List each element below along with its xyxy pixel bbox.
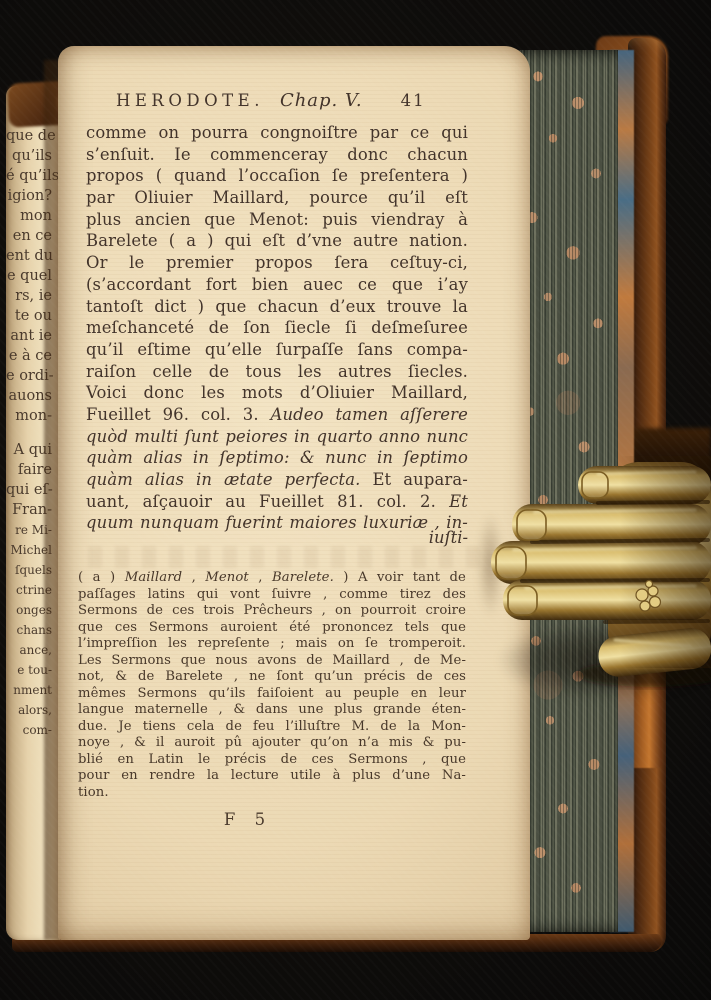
main-text-line: qu’il eſtime qu’elle ſurpaſſe ſans compa… <box>86 339 468 361</box>
footnote-line: not, & de Barelete , ne ſont qu’un préci… <box>78 669 466 686</box>
signature-mark: F 5 <box>188 810 308 829</box>
main-text-block: comme on pourra congnoiſtre par ce quis’… <box>86 122 468 534</box>
main-text-line: Barelete ( a ) qui eſt d’vne autre natio… <box>86 230 468 252</box>
footnote-line: mêmes Sermons qu’ils faiſoient au peuple… <box>78 686 466 703</box>
footnote-block: ( a ) Maillard , Menot , Barelete. ) A v… <box>78 570 466 801</box>
main-text-line: Or le premier propos ſera ceſtuy-ci, <box>86 252 468 274</box>
footnote-line: tion. <box>78 785 466 802</box>
main-text-line: quàm alias in ſeptimo: & nunc in ſeptimo <box>86 447 468 469</box>
footnote-line: due. Je tiens cela de feu l’illuſtre M. … <box>78 719 466 736</box>
main-text-line: meſchanceté de ſon ſiecle ſi deſmeſuree <box>86 317 468 339</box>
main-text-line: par Oliuier Maillard, pource qu’il eſt <box>86 187 468 209</box>
photo-scene: que dequ’ilsé qu’ilsigion?monen ceent du… <box>0 0 711 1000</box>
brass-hand-page-holder <box>480 450 711 700</box>
main-text-line: (s’accordant fort bien auec ce que i’ay <box>86 274 468 296</box>
main-text-line: Voici donc les mots d’Oliuier Maillard, <box>86 382 468 404</box>
main-text-line: Fueillet 96. col. 3. Audeo tamen aſſerer… <box>86 404 468 426</box>
ink-showthrough <box>88 546 488 568</box>
main-text-line: comme on pourra congnoiſtre par ce qui <box>86 122 468 144</box>
hand-right-shading <box>620 456 711 668</box>
main-text-line: plus ancien que Menot: puis viendray à <box>86 209 468 231</box>
page-number: 41 <box>401 91 426 110</box>
book-page: HERODOTE. Chap. V. 41 comme on pourra co… <box>58 46 530 940</box>
footnote-line: pour en rendre la lecture utile à plus d… <box>78 768 466 785</box>
footnote-line: langue maternelle , & dans une plus gran… <box>78 702 466 719</box>
footnote-line: que ces Sermons auroient été prononcez t… <box>78 620 466 637</box>
footnote-line: blié en Latin le précis de ces Sermons ,… <box>78 752 466 769</box>
footnote-line: l’impreſſion les repreſente ; mais on ſe… <box>78 636 466 653</box>
main-text-line: s’enſuit. Ie commenceray donc chacun <box>86 144 468 166</box>
main-text-line: propos ( quand l’occaſion ſe preſentera … <box>86 165 468 187</box>
footnote-line: paſſages latins qui vont ſuivre , comme … <box>78 587 466 604</box>
main-text-line: quòd multi ſunt peiores in quarto anno n… <box>86 426 468 448</box>
footnote-line: ( a ) Maillard , Menot , Barelete. ) A v… <box>78 570 466 587</box>
header-title: HERODOTE. <box>116 91 264 110</box>
footnote-line: Les Sermons que nous avons de Maillard ,… <box>78 653 466 670</box>
header-chapter: Chap. V. <box>280 90 363 111</box>
running-header: HERODOTE. Chap. V. 41 <box>86 90 476 111</box>
main-text-line: quàm alias in ætate perfecta. Et aupara- <box>86 469 468 491</box>
main-text-line: tantoſt dict ) que chacun d’eux trouve l… <box>86 296 468 318</box>
main-text-line: raiſon celle de tous les autres ſiecles. <box>86 361 468 383</box>
main-text-line: uant, aſçauoir au Fueillet 81. col. 2. E… <box>86 491 468 513</box>
catchword: iuſti- <box>86 528 468 547</box>
footnote-line: noye , & il auroit pû ajouter qu’on n’a … <box>78 735 466 752</box>
footnote-line: Sermons de ces trois Prêcheurs , on pour… <box>78 603 466 620</box>
